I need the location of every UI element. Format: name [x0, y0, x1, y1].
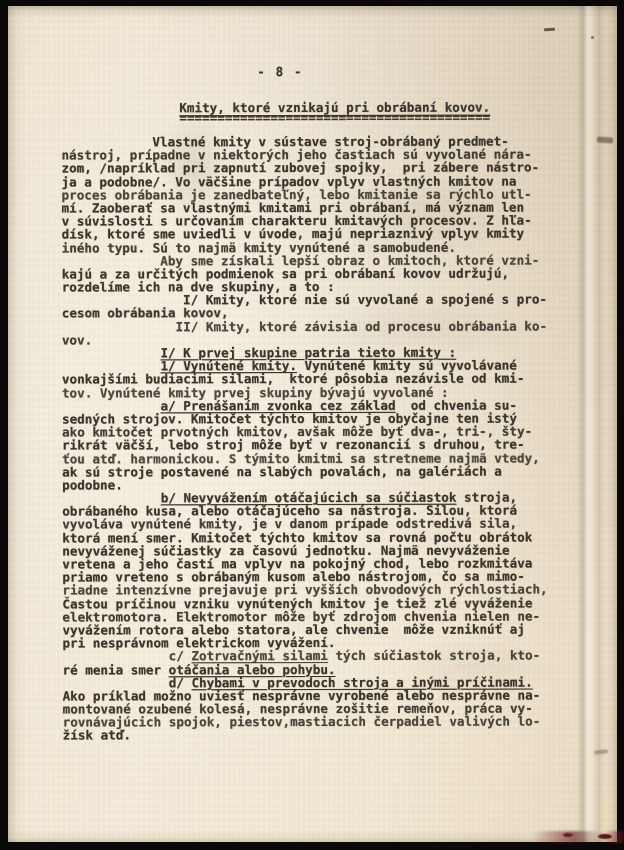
- red-edge-stain: [420, 831, 624, 843]
- underlined-text-segment: Zotrvačnými silami: [191, 648, 328, 663]
- typewritten-content: - 8 - Kmity, ktoré vznikajú pri obrábaní…: [7, 5, 618, 842]
- text-line: vov.: [62, 332, 547, 346]
- text-line: žísk atď.: [63, 728, 548, 742]
- text-line: ako kmitočet prvotných kmitov, avšak môž…: [62, 425, 547, 439]
- section-title-block: Kmity, ktoré vznikajú pri obrábaní kovov…: [179, 100, 490, 123]
- text-line: c/ Zotrvačnými silami tých súčiastok str…: [62, 649, 547, 663]
- text-line: zom, /napríklad pri zapnutí zubovej spoj…: [61, 161, 546, 175]
- text-line: elektromotora. Elektromotor môže byť zdr…: [62, 609, 547, 623]
- title-underline-rule: ========================================…: [179, 114, 490, 123]
- text-segment: ako kmitočet prvotných kmitov, avšak môž…: [62, 424, 532, 440]
- text-line: tov. Vynútené kmity prvej skupiny bývajú…: [62, 385, 547, 399]
- text-segment: tých súčiastok stroja, kto-: [328, 648, 540, 663]
- red-speck: [563, 833, 573, 837]
- text-segment: Aby sme získali lepší obraz o kmitoch, k…: [62, 252, 540, 268]
- text-segment: zom, /napríklad pri zapnutí zubovej spoj…: [61, 160, 539, 176]
- scanned-page: - 8 - Kmity, ktoré vznikajú pri obrábaní…: [0, 0, 624, 850]
- text-segment: ťou atď. harmonickou. S týmito kmitmi sa…: [62, 450, 540, 466]
- text-segment: elektromotora. Elektromotor môže byť zdr…: [62, 608, 540, 624]
- fold-smudge: [597, 136, 613, 143]
- text-line: rovnávajúcich spojok, piestov,mastiacich…: [63, 715, 548, 729]
- text-segment: proces obrábania je zanedbateľný, lebo k…: [62, 186, 532, 202]
- pen-mark: [544, 28, 555, 32]
- text-line: ťou atď. harmonickou. S týmito kmitmi sa…: [62, 451, 547, 465]
- text-line: II/ Kmity, ktoré závisia od procesu obrá…: [62, 319, 547, 333]
- text-segment: žísk atď.: [63, 728, 131, 743]
- text-segment: c/: [169, 649, 192, 664]
- text-segment: rovnávajúcich spojok, piestov,mastiacich…: [63, 714, 541, 730]
- text-line: Aby sme získali lepší obraz o kmitoch, k…: [62, 253, 547, 267]
- text-line: proces obrábania je zanedbateľný, lebo k…: [62, 187, 547, 201]
- text-segment: vov.: [62, 332, 92, 347]
- text-segment: vyvoláva vynútené kmity, je v danom príp…: [62, 516, 517, 532]
- text-segment: tov. Vynútené kmity prvej skupiny bývajú…: [62, 384, 449, 400]
- red-speck: [598, 834, 612, 839]
- page-number: - 8 -: [257, 64, 303, 79]
- body-text: Vlastné kmity v sústave stroj-obrábaný p…: [61, 135, 548, 743]
- text-segment: [62, 649, 168, 664]
- page-fold-crease: [577, 6, 603, 842]
- text-line: vyvoláva vynútené kmity, je v danom príp…: [62, 517, 547, 531]
- ink-speck: [591, 36, 594, 39]
- paper-sheet: - 8 - Kmity, ktoré vznikajú pri obrábaní…: [8, 6, 617, 842]
